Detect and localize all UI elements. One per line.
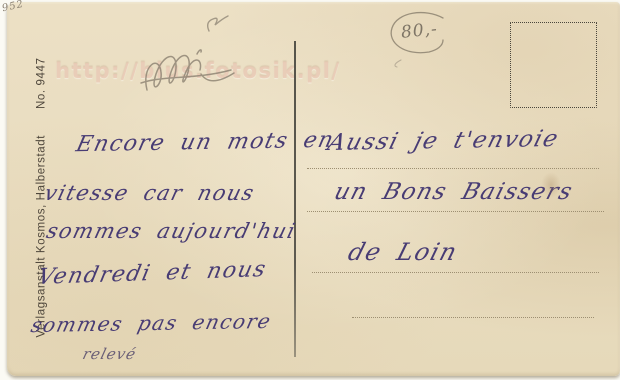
handwriting-line: sommes pas encore	[29, 309, 274, 337]
message-address-divider	[294, 41, 296, 357]
handwriting-line: sommes aujourd'hui	[44, 219, 299, 243]
paper-stain	[541, 172, 561, 198]
handwriting-line: de Loin	[345, 238, 461, 266]
handwriting-line: un Bons Baissers	[331, 179, 576, 205]
handwriting-line: Encore un mots en	[74, 128, 337, 157]
handwriting-line: Vendredi et nous	[35, 257, 269, 290]
pencil-scribble	[139, 42, 254, 100]
address-line	[307, 168, 599, 169]
pencil-corner-mark: 952	[1, 0, 25, 14]
stamp-box	[510, 22, 597, 108]
price-text: 80,-	[400, 19, 439, 43]
publisher-number: No. 9447	[35, 58, 47, 109]
address-line	[352, 317, 594, 318]
address-line	[307, 211, 604, 212]
pencil-price-mark: 80,-	[385, 10, 457, 68]
handwriting-line: vitesse car nous	[42, 181, 258, 205]
handwriting-line: Aussi je t'envoie	[325, 126, 562, 156]
postcard-back: Verlagsanstalt Kosmos, Halberstadt No. 9…	[7, 2, 620, 376]
address-line	[312, 272, 599, 273]
handwriting-line: relevé	[81, 345, 139, 363]
pencil-checkmark	[203, 14, 231, 38]
